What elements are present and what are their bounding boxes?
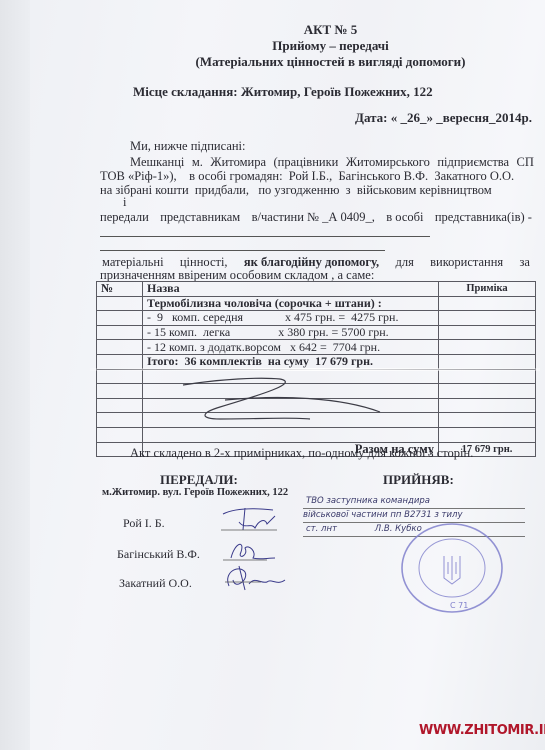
row-note (439, 325, 536, 340)
handed-over-heading: ПЕРЕДАЛИ: (160, 472, 238, 488)
header-note: Приміка (439, 282, 536, 297)
document-subtitle-2: (Матеріальних цінностей в вигляді допомо… (58, 54, 545, 70)
word: передали (100, 210, 149, 225)
handwritten-line: ТВО заступника командира (306, 496, 430, 506)
row-name: - 15 комп. легка х 380 грн. = 5700 грн. (143, 325, 439, 340)
document-subtitle: Прийому – передачі (58, 38, 545, 54)
body-line-5: і (123, 195, 126, 210)
row-name: - 12 комп. з додатк.ворсом х 642 = 7704 … (143, 340, 439, 355)
body-line-6: передали представникам в/частини № _А 04… (100, 210, 532, 225)
row-num (97, 398, 143, 413)
fill-in-line (100, 236, 430, 237)
row-name: Ітого: 36 комплектів на суму 17 679 грн. (143, 354, 439, 369)
signature-marks (215, 500, 295, 600)
header-name: Назва (143, 282, 439, 297)
row-name (143, 427, 439, 442)
table-row: - 12 комп. з додатк.ворсом х 642 = 7704 … (97, 340, 536, 355)
document-date: Дата: « _26_» _вересня_2014р. (355, 110, 532, 126)
row-num (97, 413, 143, 428)
word: підприємства (437, 155, 509, 170)
word: Житомирського (346, 155, 430, 170)
row-num (97, 325, 143, 340)
word: для (395, 255, 413, 270)
received-heading: ПРИЙНЯВ: (383, 472, 454, 488)
row-num (97, 427, 143, 442)
word: м. (192, 155, 203, 170)
table-row: - 15 комп. легка х 380 грн. = 5700 грн. (97, 325, 536, 340)
row-num (97, 384, 143, 399)
row-note (439, 340, 536, 355)
word: Житомира (210, 155, 266, 170)
signer-name: Закатний О.О. (119, 576, 192, 591)
row-num (97, 340, 143, 355)
table-header: № Назва Приміка (97, 282, 536, 297)
official-stamp: С 71 (398, 522, 506, 614)
table-row: Ітого: 36 комплектів на суму 17 679 грн. (97, 354, 536, 369)
row-name: - 9 комп. середня х 475 грн. = 4275 грн. (143, 311, 439, 326)
row-note (439, 384, 536, 399)
closing-statement: Акт складено в 2-х примірниках, по-одном… (130, 446, 473, 461)
word: в/частини № _А 0409_, (252, 210, 375, 225)
body-line-1: Ми, нижче підписані: (130, 139, 246, 154)
row-num (97, 369, 143, 384)
row-name: Термобілизна чоловіча (сорочка + штани) … (143, 296, 439, 311)
row-num (97, 354, 143, 369)
document-title: АКТ № 5 (58, 22, 545, 38)
row-note (439, 398, 536, 413)
signer-name: Багінський В.Ф. (117, 547, 200, 562)
handwritten-line: військової частини пп В2731 з тилу (303, 510, 463, 520)
row-num (97, 311, 143, 326)
word: (працівники (273, 155, 338, 170)
body-line-4: на зібрані кошти придбали, по узгодженню… (100, 183, 492, 198)
header-num: № (97, 282, 143, 297)
row-note (439, 427, 536, 442)
word: СП (517, 155, 534, 170)
table-row (97, 427, 536, 442)
row-num (97, 296, 143, 311)
row-note (439, 369, 536, 384)
scan-edge (0, 0, 30, 750)
word: представника(ів) - (435, 210, 532, 225)
row-note (439, 296, 536, 311)
word: Мешканці (130, 155, 184, 170)
row-note (439, 354, 536, 369)
strike-through-scribble (180, 375, 390, 425)
paper-fold (90, 368, 540, 371)
stamp-text: С 71 (450, 601, 468, 610)
place-of-drafting: Місце складання: Житомир, Героїв Пожежни… (133, 84, 433, 100)
signer-name: Рой І. Б. (123, 516, 165, 531)
signature-line (303, 508, 525, 509)
word: за (519, 255, 530, 270)
site-watermark: WWW.ZHITOMIR.INFO (419, 723, 545, 738)
word: представникам (160, 210, 240, 225)
table-row: Термобілизна чоловіча (сорочка + штани) … (97, 296, 536, 311)
row-note (439, 413, 536, 428)
body-line-3: ТОВ «Ріф-1»), в особі громадян: Рой І.Б.… (100, 169, 514, 184)
table-row: - 9 комп. середня х 475 грн. = 4275 грн. (97, 311, 536, 326)
word: використання (430, 255, 503, 270)
word: в особі (386, 210, 423, 225)
body-line-2: Мешканці м. Житомира (працівники Житомир… (130, 155, 534, 170)
fill-in-line (100, 250, 385, 251)
row-note (439, 311, 536, 326)
handed-over-address: м.Житомир. вул. Героїв Пожежних, 122 (102, 487, 288, 498)
